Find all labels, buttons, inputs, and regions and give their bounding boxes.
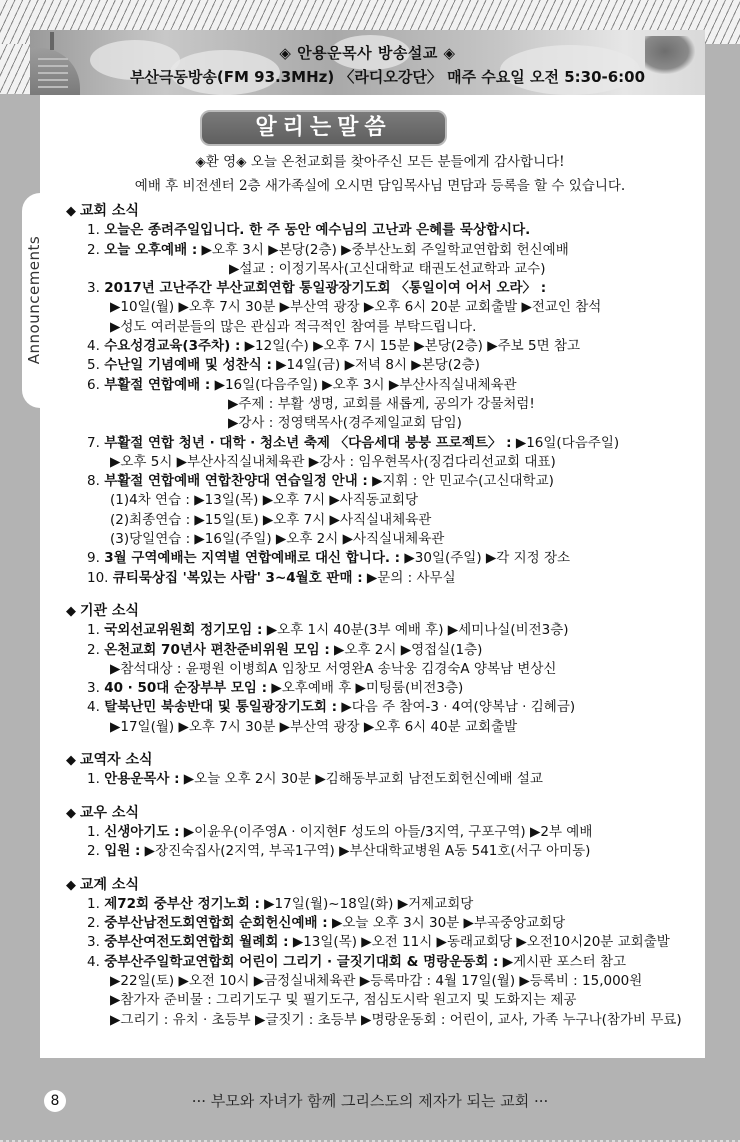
- item-title: 중부산주일학교연합회 어린이 그리기 · 글짓기대회 & 명랑운동회 :: [104, 954, 498, 970]
- item-number: 3.: [87, 680, 100, 696]
- item-title: 신생아기도 :: [104, 824, 179, 840]
- item-number: 7.: [87, 435, 100, 451]
- item-detail: ▶게시판 포스터 참고: [498, 954, 626, 970]
- item-detail: ▶이윤우(이주영A · 이지현F 성도의 아들/3지역, 구포구역) ▶2부 예…: [180, 824, 593, 840]
- announcement-item: 4. 중부산주일학교연합회 어린이 그리기 · 글짓기대회 & 명랑운동회 : …: [66, 953, 706, 972]
- item-number: 2.: [87, 843, 100, 859]
- item-title: 오늘은 종려주일입니다. 한 주 동안 예수님의 고난과 은혜를 묵상합시다.: [104, 222, 530, 238]
- item-detail-line: ▶강사 : 정영택목사(경주제일교회 담임): [66, 414, 706, 433]
- item-title: 탈북난민 북송반대 및 통일광장기도회 :: [104, 699, 337, 715]
- broadcast-schedule: 부산극동방송(FM 93.3MHz) 〈라디오강단〉 매주 수요일 오전 5:3…: [30, 66, 705, 87]
- item-detail-line: ▶참가자 준비물 : 그리기도구 및 필기도구, 점심도시락 원고지 및 도화지…: [66, 991, 706, 1010]
- item-detail: ▶16일(다음주일) ▶오후 3시 ▶부산사직실내체육관: [210, 377, 516, 393]
- item-detail: ▶13일(목) ▶오전 11시 ▶동래교회당 ▶오전10시20분 교회출발: [289, 934, 670, 950]
- section-heading-text: 교계 소식: [80, 877, 139, 893]
- item-number: 4.: [87, 954, 100, 970]
- section-organization-news: ◆기관 소식1. 국외선교위원회 정기모임 : ▶오후 1시 40분(3부 예배…: [66, 602, 706, 737]
- item-number: 1.: [87, 771, 100, 787]
- item-detail: ▶오후 1시 40분(3부 예배 후) ▶세미나실(비전3층): [262, 622, 568, 638]
- announcement-item: 2. 오늘 오후예배 : ▶오후 3시 ▶본당(2층) ▶중부산노회 주일학교연…: [66, 241, 706, 260]
- diamond-bullet-icon: ◆: [66, 604, 76, 619]
- item-number: 1.: [87, 222, 100, 238]
- item-number: 2.: [87, 915, 100, 931]
- announcement-item: 3. 40 · 50대 순장부부 모임 : ▶오후예배 후 ▶미팅룸(비전3층): [66, 679, 706, 698]
- item-title: 제72회 중부산 정기노회 :: [104, 896, 260, 912]
- item-detail-line: ▶10일(월) ▶오후 7시 30분 ▶부산역 광장 ▶오후 6시 20분 교회…: [66, 298, 706, 317]
- announcement-item: 3. 중부산여전도회연합회 월례회 : ▶13일(목) ▶오전 11시 ▶동래교…: [66, 933, 706, 952]
- item-detail: ▶오늘 오후 2시 30분 ▶김해동부교회 남전도회헌신예배 설교: [180, 771, 543, 787]
- church-motto: ··· 부모와 자녀가 함께 그리스도의 제자가 되는 교회 ···: [80, 1090, 660, 1111]
- broadcast-banner: ◈ 안용운목사 방송설교 ◈ 부산극동방송(FM 93.3MHz) 〈라디오강단…: [30, 30, 705, 95]
- sermon-broadcast-title: ◈ 안용운목사 방송설교 ◈: [30, 42, 705, 63]
- announcement-item: 9. 3월 구역예배는 지역별 연합예배로 대신 합니다. : ▶30일(주일)…: [66, 549, 706, 568]
- item-detail: ▶오후예배 후 ▶미팅룸(비전3층): [267, 680, 463, 696]
- item-detail-line: ▶참석대상 : 윤평원 이병희A 임창모 서영완A 송낙웅 김경숙A 양복남 변…: [66, 660, 706, 679]
- item-detail-line: ▶성도 여러분들의 많은 관심과 적극적인 참여를 부탁드립니다.: [66, 318, 706, 337]
- item-title: 2017년 고난주간 부산교회연합 통일광장기도회 〈통일이여 어서 오라〉 :: [104, 280, 546, 296]
- item-detail: ▶오늘 오후 3시 30분 ▶부곡중앙교회당: [328, 915, 566, 931]
- side-tab-label: Announcements: [25, 236, 43, 365]
- item-number: 10.: [87, 570, 108, 586]
- diamond-bullet-icon: ◆: [66, 806, 76, 821]
- section-denomination-news: ◆교계 소식1. 제72회 중부산 정기노회 : ▶17일(월)~18일(화) …: [66, 876, 706, 1030]
- item-detail: ▶30일(주일) ▶각 지정 장소: [400, 550, 570, 566]
- item-detail-line: ▶22일(토) ▶오전 10시 ▶금정실내체육관 ▶등록마감 : 4월 17일(…: [66, 972, 706, 991]
- announcement-item: 10. 큐티묵상집 '복있는 사람' 3~4월호 판매 : ▶문의 : 사무실: [66, 569, 706, 588]
- item-detail: ▶다음 주 참여-3 · 4여(양복남 · 김혜금): [337, 699, 575, 715]
- announcement-item: 2. 중부산남전도회연합회 순회헌신예배 : ▶오늘 오후 3시 30분 ▶부곡…: [66, 914, 706, 933]
- item-title: 온천교회 70년사 편찬준비위원 모임 :: [104, 642, 330, 658]
- item-number: 8.: [87, 473, 100, 489]
- item-detail: ▶17일(월)~18일(화) ▶거제교회당: [260, 896, 473, 912]
- item-detail-line: (2)최종연습 : ▶15일(토) ▶오후 7시 ▶사직실내체육관: [66, 511, 706, 530]
- section-heading-text: 교우 소식: [80, 805, 139, 821]
- announcement-item: 1. 오늘은 종려주일입니다. 한 주 동안 예수님의 고난과 은혜를 묵상합시…: [66, 221, 706, 240]
- item-title: 40 · 50대 순장부부 모임 :: [104, 680, 267, 696]
- item-number: 1.: [87, 622, 100, 638]
- announcement-item: 2. 온천교회 70년사 편찬준비위원 모임 : ▶오후 2시 ▶영접실(1층): [66, 641, 706, 660]
- item-title: 수난일 기념예배 및 성찬식 :: [104, 357, 272, 373]
- item-detail: ▶지휘 : 안 민교수(고신대학교): [368, 473, 554, 489]
- announcement-item: 7. 부활절 연합 청년 · 대학 · 청소년 축제 〈다음세대 붕붕 프로젝트…: [66, 434, 706, 453]
- item-detail: ▶16일(다음주일): [512, 435, 620, 451]
- announcement-item: 1. 신생아기도 : ▶이윤우(이주영A · 이지현F 성도의 아들/3지역, …: [66, 823, 706, 842]
- section-heading-text: 교회 소식: [80, 203, 139, 219]
- item-detail: ▶오후 3시 ▶본당(2층) ▶중부산노회 주일학교연합회 헌신예배: [197, 242, 569, 258]
- item-title: 오늘 오후예배 :: [104, 242, 197, 258]
- item-number: 6.: [87, 377, 100, 393]
- item-detail-line: (1)4차 연습 : ▶13일(목) ▶오후 7시 ▶사직동교회당: [66, 491, 706, 510]
- item-number: 5.: [87, 357, 100, 373]
- item-number: 9.: [87, 550, 100, 566]
- announcement-item: 3. 2017년 고난주간 부산교회연합 통일광장기도회 〈통일이여 어서 오라…: [66, 279, 706, 298]
- item-title: 3월 구역예배는 지역별 연합예배로 대신 합니다. :: [104, 550, 400, 566]
- section-heading: ◆교계 소식: [66, 876, 706, 895]
- announcement-item: 6. 부활절 연합예배 : ▶16일(다음주일) ▶오후 3시 ▶부산사직실내체…: [66, 376, 706, 395]
- item-detail: ▶문의 : 사무실: [363, 570, 456, 586]
- announcements-content: ◆교회 소식1. 오늘은 종려주일입니다. 한 주 동안 예수님의 고난과 은혜…: [66, 202, 706, 1044]
- welcome-line-1: ◈환 영◈ 오늘 온천교회를 찾아주신 모든 분들에게 감사합니다!: [60, 150, 700, 170]
- item-number: 3.: [87, 280, 100, 296]
- item-title: 큐티묵상집 '복있는 사람' 3~4월호 판매 :: [113, 570, 363, 586]
- announcement-item: 1. 국외선교위원회 정기모임 : ▶오후 1시 40분(3부 예배 후) ▶세…: [66, 621, 706, 640]
- announcement-item: 1. 제72회 중부산 정기노회 : ▶17일(월)~18일(화) ▶거제교회당: [66, 895, 706, 914]
- item-number: 1.: [87, 896, 100, 912]
- item-title: 국외선교위원회 정기모임 :: [104, 622, 262, 638]
- item-number: 4.: [87, 699, 100, 715]
- announcement-item: 5. 수난일 기념예배 및 성찬식 : ▶14일(금) ▶저녁 8시 ▶본당(2…: [66, 356, 706, 375]
- item-detail-line: ▶설교 : 이정기목사(고신대학교 태권도선교학과 교수): [66, 260, 706, 279]
- item-detail-line: (3)당일연습 : ▶16일(주일) ▶오후 2시 ▶사직실내체육관: [66, 530, 706, 549]
- item-detail: ▶12일(수) ▶오후 7시 15분 ▶본당(2층) ▶주보 5면 참고: [240, 338, 580, 354]
- item-title: 안용운목사 :: [104, 771, 179, 787]
- item-detail-line: ▶17일(월) ▶오후 7시 30분 ▶부산역 광장 ▶오후 6시 40분 교회…: [66, 718, 706, 737]
- diamond-bullet-icon: ◆: [66, 204, 76, 219]
- announcement-item: 8. 부활절 연합예배 연합찬양대 연습일정 안내 : ▶지휘 : 안 민교수(…: [66, 472, 706, 491]
- announcement-item: 4. 탈북난민 북송반대 및 통일광장기도회 : ▶다음 주 참여-3 · 4여…: [66, 698, 706, 717]
- section-heading: ◆교우 소식: [66, 804, 706, 823]
- item-title: 중부산남전도회연합회 순회헌신예배 :: [104, 915, 327, 931]
- item-detail-line: ▶주제 : 부활 생명, 교회를 새롭게, 공의가 강물처럼!: [66, 395, 706, 414]
- announcement-item: 2. 입원 : ▶장진숙집사(2지역, 부곡1구역) ▶부산대학교병원 A동 5…: [66, 842, 706, 861]
- section-heading: ◆교회 소식: [66, 202, 706, 221]
- section-heading-text: 기관 소식: [80, 603, 139, 619]
- item-detail-line: ▶그리기 : 유치 · 초등부 ▶글짓기 : 초등부 ▶명랑운동회 : 어린이,…: [66, 1011, 706, 1030]
- section-heading-text: 교역자 소식: [80, 752, 153, 768]
- item-number: 1.: [87, 824, 100, 840]
- item-detail: ▶14일(금) ▶저녁 8시 ▶본당(2층): [272, 357, 480, 373]
- section-member-news: ◆교우 소식1. 신생아기도 : ▶이윤우(이주영A · 이지현F 성도의 아들…: [66, 804, 706, 862]
- item-title: 입원 :: [104, 843, 140, 859]
- item-title: 부활절 연합예배 :: [104, 377, 210, 393]
- item-detail-line: ▶오후 5시 ▶부산사직실내체육관 ▶강사 : 임우현목사(징검다리선교회 대표…: [66, 453, 706, 472]
- page-number: 8: [44, 1090, 66, 1112]
- page-title: 알리는말씀: [200, 110, 447, 146]
- item-detail: ▶장진숙집사(2지역, 부곡1구역) ▶부산대학교병원 A동 541호(서구 아…: [140, 843, 590, 859]
- item-title: 부활절 연합 청년 · 대학 · 청소년 축제 〈다음세대 붕붕 프로젝트〉 :: [104, 435, 511, 451]
- section-heading: ◆교역자 소식: [66, 751, 706, 770]
- section-pastor-news: ◆교역자 소식1. 안용운목사 : ▶오늘 오후 2시 30분 ▶김해동부교회 …: [66, 751, 706, 790]
- diamond-bullet-icon: ◆: [66, 878, 76, 893]
- item-title: 중부산여전도회연합회 월례회 :: [104, 934, 288, 950]
- item-detail: ▶오후 2시 ▶영접실(1층): [330, 642, 483, 658]
- diamond-bullet-icon: ◆: [66, 753, 76, 768]
- item-number: 2.: [87, 642, 100, 658]
- item-number: 4.: [87, 338, 100, 354]
- section-church-news: ◆교회 소식1. 오늘은 종려주일입니다. 한 주 동안 예수님의 고난과 은혜…: [66, 202, 706, 588]
- announcement-item: 1. 안용운목사 : ▶오늘 오후 2시 30분 ▶김해동부교회 남전도회헌신예…: [66, 770, 706, 789]
- welcome-line-2: 예배 후 비전센터 2층 새가족실에 오시면 담임목사님 면담과 등록을 할 수…: [60, 174, 700, 194]
- item-number: 3.: [87, 934, 100, 950]
- item-title: 수요성경교육(3주차) :: [104, 338, 240, 354]
- item-title: 부활절 연합예배 연합찬양대 연습일정 안내 :: [104, 473, 368, 489]
- section-heading: ◆기관 소식: [66, 602, 706, 621]
- announcement-item: 4. 수요성경교육(3주차) : ▶12일(수) ▶오후 7시 15분 ▶본당(…: [66, 337, 706, 356]
- item-number: 2.: [87, 242, 100, 258]
